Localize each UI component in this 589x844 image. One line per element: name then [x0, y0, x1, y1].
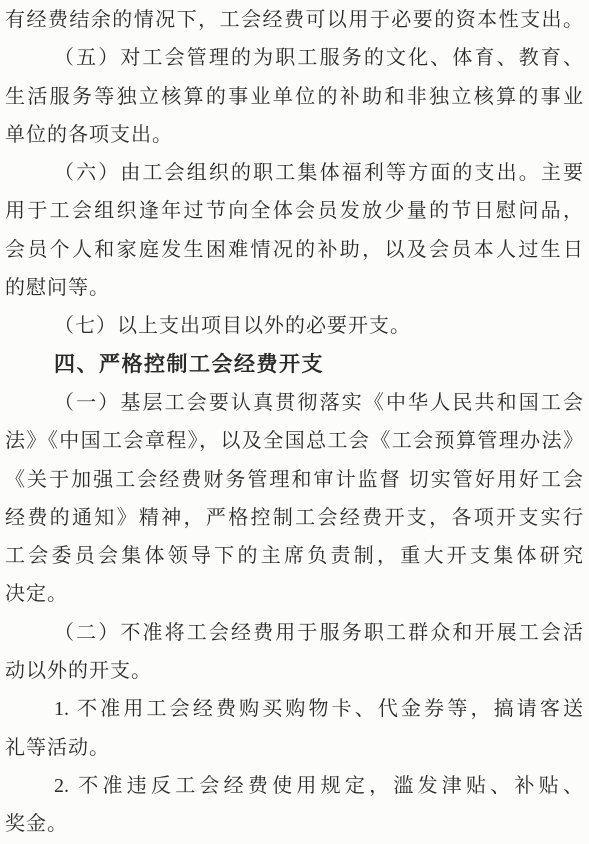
text-line: 会员个人和家庭发生困难情况的补助，以及会员本人过生日: [5, 231, 583, 269]
text-line: 单位的各项支出。: [5, 116, 583, 154]
text-line: （一）基层工会要认真贯彻落实《中华人民共和国工会: [5, 384, 583, 422]
text-line: 有经费结余的情况下，工会经费可以用于必要的资本性支出。: [5, 1, 583, 39]
text-line: 用于工会组织逢年过节向全体会员发放少量的节日慰问品，: [5, 192, 583, 230]
text-line: （六）由工会组织的职工集体福利等方面的支出。主要: [5, 154, 583, 192]
text-line: 动以外的开支。: [5, 652, 583, 690]
text-line: （七）以上支出项目以外的必要开支。: [5, 307, 583, 345]
text-line: 工会委员会集体领导下的主席负责制，重大开支集体研究: [5, 537, 583, 575]
text-line: 1. 不准用工会经费购买购物卡、代金券等，搞请客送: [5, 690, 583, 728]
text-line: 奖金。: [5, 805, 583, 843]
text-line: （二）不准将工会经费用于服务职工群众和开展工会活: [5, 614, 583, 652]
text-line: 生活服务等独立核算的事业单位的补助和非独立核算的事业: [5, 78, 583, 116]
text-line: （五）对工会管理的为职工服务的文化、体育、教育、: [5, 39, 583, 77]
section-heading: 四、严格控制工会经费开支: [5, 346, 583, 384]
text-line: 的慰问等。: [5, 269, 583, 307]
text-line: 《关于加强工会经费财务管理和审计监督 切实管好用好工会: [5, 461, 583, 499]
text-line: 2. 不准违反工会经费使用规定，滥发津贴、补贴、: [5, 767, 583, 805]
text-line: 法》《中国工会章程》，以及全国总工会《工会预算管理办法》: [5, 422, 583, 460]
text-line: 礼等活动。: [5, 729, 583, 767]
text-line: 经费的通知》精神，严格控制工会经费开支，各项开支实行: [5, 499, 583, 537]
text-line: 决定。: [5, 575, 583, 613]
document-page: 有经费结余的情况下，工会经费可以用于必要的资本性支出。（五）对工会管理的为职工服…: [0, 0, 589, 844]
document-text-body: 有经费结余的情况下，工会经费可以用于必要的资本性支出。（五）对工会管理的为职工服…: [5, 1, 583, 844]
